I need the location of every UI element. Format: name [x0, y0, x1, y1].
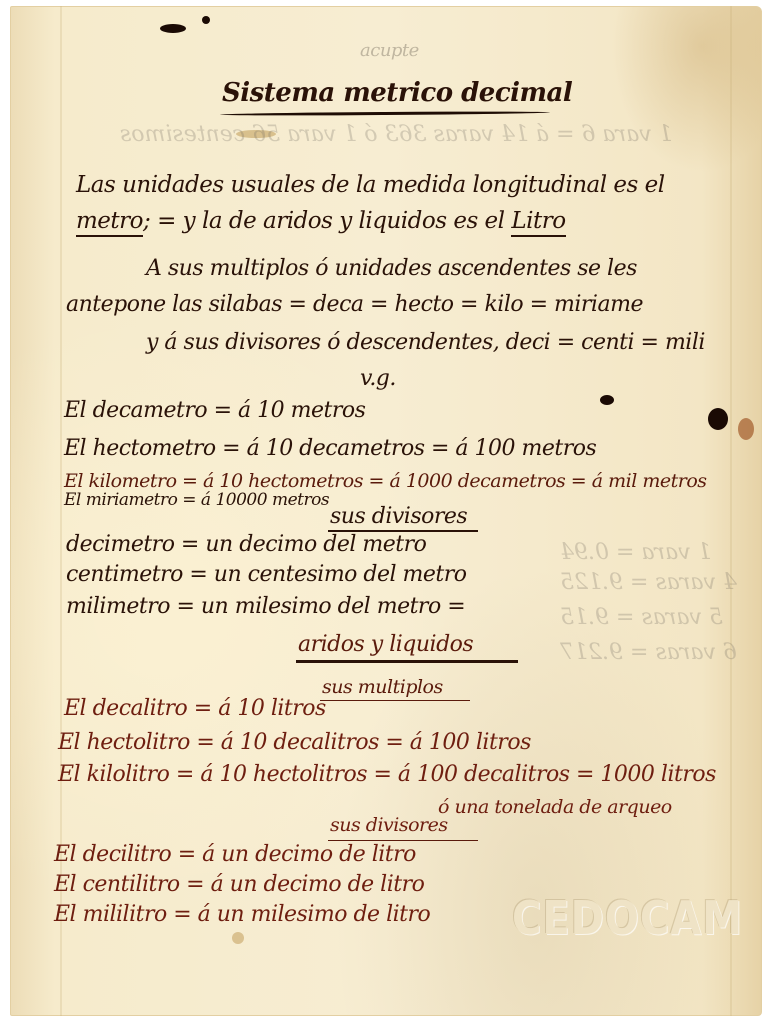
- volume-divisor-row: El centilitro = á un decimo de litro: [54, 872, 424, 897]
- volume-multiple-row: El decalitro = á 10 litros: [64, 696, 326, 721]
- paper-fold: [730, 6, 732, 1016]
- heading-underline: [328, 840, 478, 841]
- section-heading-volume: aridos y liquidos: [298, 632, 473, 657]
- volume-multiple-row: El hectolitro = á 10 decalitros = á 100 …: [58, 730, 531, 755]
- length-multiple-row: El kilometro = á 10 hectometros = á 1000…: [64, 470, 707, 492]
- prefix-line-1: A sus multiplos ó unidades ascendentes s…: [146, 256, 637, 281]
- vg-label: v.g.: [360, 366, 396, 391]
- water-stain: [232, 932, 244, 944]
- volume-divisor-row: El decilitro = á un decimo de litro: [54, 842, 416, 867]
- length-multiple-row: El decametro = á 10 metros: [64, 398, 365, 423]
- ink-stain: [738, 418, 754, 440]
- bleed-through-text: 1 vara = 0.94: [560, 540, 712, 565]
- length-divisor-row: milimetro = un milesimo del metro =: [66, 594, 465, 619]
- pencil-note: acupte: [360, 40, 419, 61]
- volume-divisor-row: El mililitro = á un milesimo de litro: [54, 902, 430, 927]
- volume-multiple-row: El kilolitro = á 10 hectolitros = á 100 …: [58, 762, 716, 787]
- section-heading-volume-divisors: sus divisores: [330, 814, 448, 836]
- ink-blot: [202, 16, 210, 24]
- volume-note: ó una tonelada de arqueo: [438, 796, 672, 818]
- ink-blot: [708, 408, 728, 430]
- term-metro: metro: [76, 208, 143, 237]
- section-heading-length-divisors: sus divisores: [330, 504, 467, 529]
- prefix-line-3: y á sus divisores ó descendentes, deci =…: [146, 330, 705, 355]
- length-divisor-row: centimetro = un centesimo del metro: [66, 562, 467, 587]
- prefix-line-2: antepone las silabas = deca = hecto = ki…: [66, 292, 643, 317]
- intro-line-2-text: ; = y la de aridos y liquidos es el: [143, 208, 505, 234]
- page-title: Sistema metrico decimal: [222, 78, 572, 108]
- section-heading-volume-multiples: sus multiplos: [322, 676, 443, 698]
- heading-underline: [296, 660, 518, 663]
- heading-underline: [320, 700, 470, 701]
- bleed-through-text: 4 varas = 9.125: [560, 570, 737, 595]
- archive-stamp: CEDOCAM: [512, 893, 743, 946]
- intro-line-1: Las unidades usuales de la medida longit…: [76, 172, 665, 198]
- length-divisor-row: decimetro = un decimo del metro: [66, 532, 426, 557]
- length-multiple-row: El miriametro = á 10000 metros: [64, 490, 329, 510]
- bleed-through-text: 6 varas = 9.217: [560, 640, 737, 665]
- ink-blot: [160, 24, 186, 33]
- bleed-through-text: 1 vara 6 = á 14 varas 363 ó 1 vara 56 ce…: [120, 122, 673, 147]
- length-multiple-row: El hectometro = á 10 decametros = á 100 …: [64, 436, 596, 461]
- term-litro: Litro: [511, 208, 565, 237]
- ink-blot: [600, 395, 614, 405]
- bleed-through-text: 5 varas = 9.15: [560, 605, 723, 630]
- intro-line-2: metro; = y la de aridos y liquidos es el…: [76, 208, 566, 234]
